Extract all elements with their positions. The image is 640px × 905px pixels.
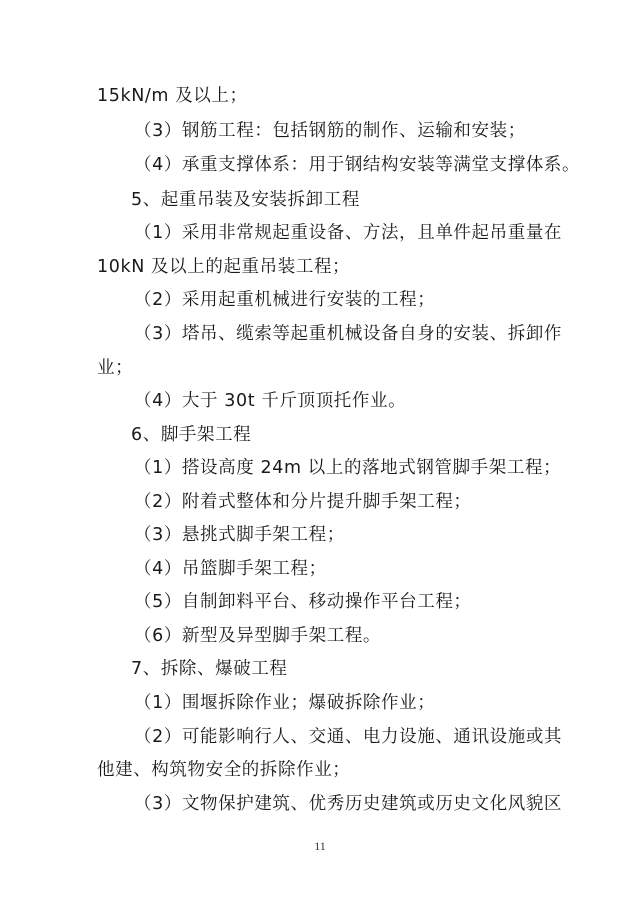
text-line: （2）采用起重机械进行安装的工程； xyxy=(134,289,435,311)
text-line: （4）吊篮脚手架工程； xyxy=(134,558,327,580)
text-line: （3）文物保护建筑、优秀历史建筑或历史文化风貌区 xyxy=(134,793,562,815)
text-line: （4）大于 30t 千斤顶顶托作业。 xyxy=(134,390,406,412)
text-line: （1）围堰拆除作业；爆破拆除作业； xyxy=(134,692,435,714)
section-heading: 6、脚手架工程 xyxy=(131,424,251,446)
section-heading: 5、起重吊装及安装拆卸工程 xyxy=(131,189,360,211)
page-number: 11 xyxy=(0,839,640,854)
text-line: （2）附着式整体和分片提升脚手架工程； xyxy=(134,491,472,513)
text-line: （1）搭设高度 24m 以上的落地式钢管脚手架工程； xyxy=(134,457,561,479)
section-heading: 7、拆除、爆破工程 xyxy=(131,658,288,680)
text-line: （4）承重支撑体系：用于钢结构安装等满堂支撑体系。 xyxy=(134,154,580,176)
text-line: 他建、构筑物安全的拆除作业； xyxy=(97,759,350,781)
text-line: 10kN 及以上的起重吊装工程； xyxy=(97,256,350,278)
text-line: （3）钢筋工程：包括钢筋的制作、运输和安装； xyxy=(134,120,526,142)
text-line: （5）自制卸料平台、移动操作平台工程； xyxy=(134,591,472,613)
text-line: （1）采用非常规起重设备、方法，且单件起吊重量在 xyxy=(134,222,562,244)
text-line: 业； xyxy=(97,357,133,379)
text-line: （3）悬挑式脚手架工程； xyxy=(134,524,345,546)
text-line: （3）塔吊、缆索等起重机械设备自身的安装、拆卸作 xyxy=(134,323,562,345)
text-line: 15kN/m 及以上； xyxy=(97,85,248,107)
text-line: （6）新型及异型脚手架工程。 xyxy=(134,625,381,647)
text-line: （2）可能影响行人、交通、电力设施、通讯设施或其 xyxy=(134,726,562,748)
document-page: 15kN/m 及以上； （3）钢筋工程：包括钢筋的制作、运输和安装； （4）承重… xyxy=(0,0,640,905)
